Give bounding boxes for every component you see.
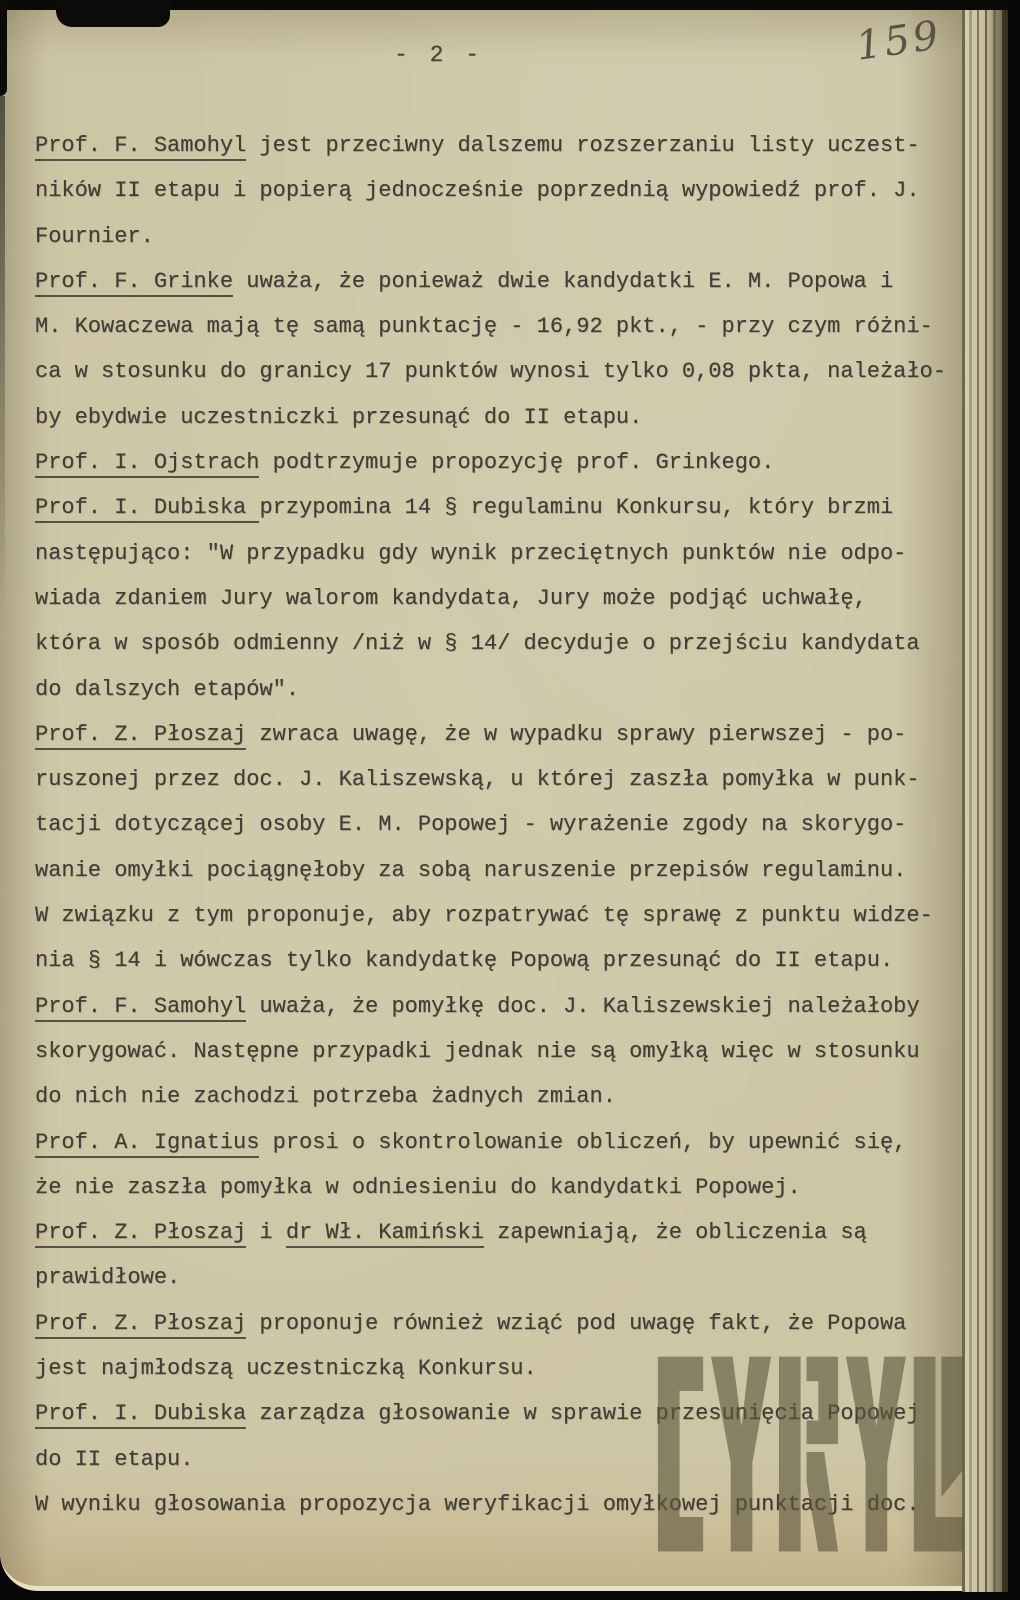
text-segment: ca w stosunku do granicy 17 punktów wyno… <box>35 359 946 384</box>
text-segment: skorygować. Następne przypadki jednak ni… <box>35 1039 920 1064</box>
text-line: nia § 14 i wówczas tylko kandydatkę Popo… <box>35 938 965 983</box>
text-line: ca w stosunku do granicy 17 punktów wyno… <box>35 349 965 394</box>
scan-border-right <box>1008 0 1020 1600</box>
text-line: Prof. Z. Płoszaj zwraca uwagę, że w wypa… <box>35 712 965 757</box>
text-segment: Fournier. <box>35 224 154 249</box>
text-line: W związku z tym proponuje, aby rozpatryw… <box>35 893 965 938</box>
text-line: do nich nie zachodzi potrzeba żadnych zm… <box>35 1074 965 1119</box>
text-segment: która w sposób odmienny /niż w § 14/ dec… <box>35 631 920 656</box>
text-segment: uważa, że ponieważ dwie kandydatki E. M.… <box>233 269 893 294</box>
text-line: ników II etapu i popierą jednocześnie po… <box>35 168 965 213</box>
text-line: by ebydwie uczestniczki przesunąć do II … <box>35 395 965 440</box>
scan-border-left <box>0 0 7 96</box>
underlined-name: Prof. I. Ojstrach <box>35 450 259 478</box>
text-segment: że nie zaszła pomyłka w odniesieniu do k… <box>35 1175 801 1200</box>
underlined-name: Prof. F. Samohyl <box>35 133 246 161</box>
cyryl-watermark-letters <box>650 1346 965 1564</box>
text-segment: uważa, że pomyłkę doc. J. Kaliszewskiej … <box>246 994 919 1019</box>
text-segment: proponuje również wziąć pod uwagę fakt, … <box>246 1311 906 1336</box>
text-line: skorygować. Następne przypadki jednak ni… <box>35 1029 965 1074</box>
text-line: do dalszych etapów". <box>35 667 965 712</box>
text-segment: jest najmłodszą uczestniczką Konkursu. <box>35 1356 537 1381</box>
text-line: Prof. Z. Płoszaj proponuje również wziąć… <box>35 1301 965 1346</box>
text-line: Prof. A. Ignatius prosi o skontrolowanie… <box>35 1120 965 1165</box>
text-segment: następująco: "W przypadku gdy wynik prze… <box>35 541 906 566</box>
text-segment: by ebydwie uczestniczki przesunąć do II … <box>35 405 642 430</box>
text-line: Prof. F. Grinke uważa, że ponieważ dwie … <box>35 259 965 304</box>
text-line: Prof. I. Ojstrach podtrzymuje propozycję… <box>35 440 965 485</box>
text-segment: wiada zdaniem Jury walorom kandydata, Ju… <box>35 586 867 611</box>
text-line: Prof. I. Dubiska przypomina 14 § regulam… <box>35 485 965 530</box>
text-line: Prof. F. Samohyl jest przeciwny dalszemu… <box>35 123 965 168</box>
text-segment: podtrzymuje propozycję prof. Grinkego. <box>259 450 774 475</box>
scan-border-bottom <box>0 1592 1020 1600</box>
text-line: tacji dotyczącej osoby E. M. Popowej - w… <box>35 802 965 847</box>
text-segment: do dalszych etapów". <box>35 677 299 702</box>
text-segment: przypomina 14 § regulaminu Konkursu, któ… <box>259 495 893 520</box>
text-segment: prawidłowe. <box>35 1265 180 1290</box>
text-segment: prosi o skontrolowanie obliczeń, by upew… <box>259 1130 906 1155</box>
text-segment: jest przeciwny dalszemu rozszerzaniu lis… <box>246 133 919 158</box>
text-segment: wanie omyłki pociągnęłoby za sobą narusz… <box>35 858 906 883</box>
underlined-name: Prof. F. Samohyl <box>35 994 246 1022</box>
text-segment: ruszonej przez doc. J. Kaliszewską, u kt… <box>35 767 920 792</box>
stacked-page-edges <box>962 4 1008 1597</box>
typewritten-text: Prof. F. Samohyl jest przeciwny dalszemu… <box>35 123 965 1527</box>
underlined-name: Prof. Z. Płoszaj <box>35 722 246 750</box>
text-line: wiada zdaniem Jury walorom kandydata, Ju… <box>35 576 965 621</box>
text-line: następująco: "W przypadku gdy wynik prze… <box>35 531 965 576</box>
underlined-name: Prof. Z. Płoszaj <box>35 1311 246 1339</box>
text-segment: i <box>246 1220 286 1245</box>
text-segment: M. Kowaczewa mają tę samą punktację - 16… <box>35 314 933 339</box>
text-line: która w sposób odmienny /niż w § 14/ dec… <box>35 621 965 666</box>
text-line: wanie omyłki pociągnęłoby za sobą narusz… <box>35 848 965 893</box>
text-segment: tacji dotyczącej osoby E. M. Popowej - w… <box>35 812 906 837</box>
text-line: że nie zaszła pomyłka w odniesieniu do k… <box>35 1165 965 1210</box>
cyryl-watermark <box>650 1346 965 1564</box>
text-line: prawidłowe. <box>35 1255 965 1300</box>
typed-page-number: - 2 - <box>394 42 483 68</box>
text-segment: zapewniają, że obliczenia są <box>484 1220 867 1245</box>
text-line: Prof. Z. Płoszaj i dr Wł. Kamiński zapew… <box>35 1210 965 1255</box>
text-line: M. Kowaczewa mają tę samą punktację - 16… <box>35 304 965 349</box>
underlined-name: Prof. F. Grinke <box>35 269 233 297</box>
underlined-name: Prof. A. Ignatius <box>35 1130 259 1158</box>
scan-border-top-blob <box>56 0 170 27</box>
underlined-name: dr Wł. Kamiński <box>286 1220 484 1248</box>
scan-border-left-shade <box>0 96 5 616</box>
text-segment: do nich nie zachodzi potrzeba żadnych zm… <box>35 1084 616 1109</box>
text-segment: nia § 14 i wówczas tylko kandydatkę Popo… <box>35 948 893 973</box>
text-segment: ników II etapu i popierą jednocześnie po… <box>35 178 920 203</box>
text-line: ruszonej przez doc. J. Kaliszewską, u kt… <box>35 757 965 802</box>
text-segment: W związku z tym proponuje, aby rozpatryw… <box>35 903 933 928</box>
underlined-name: Prof. I. Dubiska <box>35 495 259 523</box>
text-line: Fournier. <box>35 214 965 259</box>
text-line: Prof. F. Samohyl uważa, że pomyłkę doc. … <box>35 984 965 1029</box>
text-segment: zwraca uwagę, że w wypadku sprawy pierws… <box>246 722 906 747</box>
underlined-name: Prof. Z. Płoszaj <box>35 1220 246 1248</box>
underlined-name: Prof. I. Dubiska <box>35 1401 246 1429</box>
text-segment: do II etapu. <box>35 1447 193 1472</box>
